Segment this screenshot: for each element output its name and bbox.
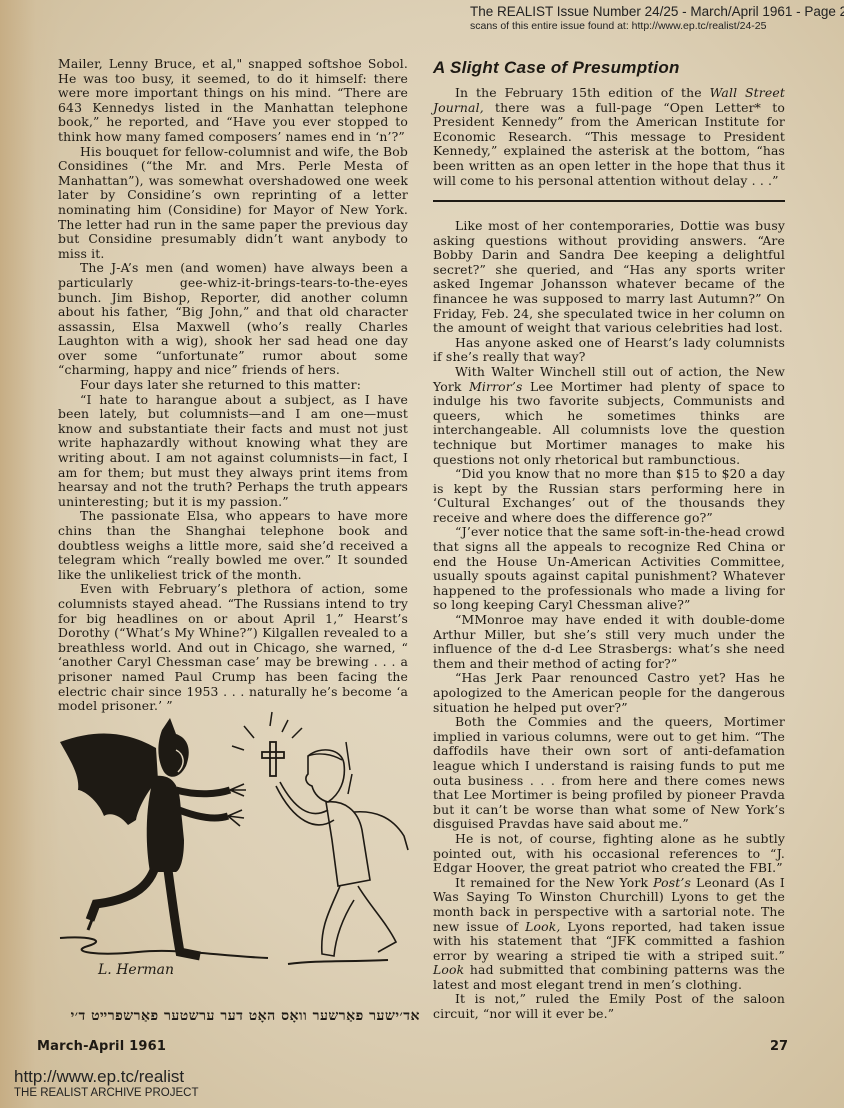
- paragraph: With Walter Winchell still out of action…: [433, 365, 785, 467]
- text-run: It remained for the New York: [455, 875, 653, 890]
- open-letter-box: In the February 15th edition of the Wall…: [433, 86, 785, 188]
- paragraph: Four days later she returned to this mat…: [58, 378, 408, 393]
- archive-header-title: The REALIST Issue Number 24/25 - March/A…: [470, 4, 842, 20]
- paragraph: “I hate to harangue about a subject, as …: [58, 393, 408, 510]
- paragraph: “J’ever notice that the same soft-in-the…: [433, 525, 785, 613]
- devil-and-cross-drawing: [58, 690, 413, 990]
- archive-project-name: THE REALIST ARCHIVE PROJECT: [14, 1086, 198, 1100]
- archive-url[interactable]: http://www.ep.tc/realist: [14, 1067, 198, 1086]
- paragraph: In the February 15th edition of the Wall…: [433, 86, 785, 188]
- artist-signature: L. Herman: [98, 962, 174, 978]
- page-number: 27: [770, 1039, 788, 1054]
- publication-title: Post’s: [653, 875, 691, 890]
- paragraph: The passionate Elsa, who appears to have…: [58, 509, 408, 582]
- publication-title: Look,: [525, 919, 560, 934]
- text-run: there was a full-page “Open Letter* to P…: [433, 100, 785, 188]
- issue-date: March-April 1961: [37, 1039, 166, 1054]
- cartoon-illustration: [58, 690, 413, 990]
- archive-header: The REALIST Issue Number 24/25 - March/A…: [470, 4, 842, 33]
- text-run: In the February 15th edition of the: [455, 85, 710, 100]
- cross-icon: [262, 742, 284, 776]
- paragraph: The J-A’s men (and women) have always be…: [58, 261, 408, 378]
- paragraph: “Did you know that no more than $15 to $…: [433, 467, 785, 525]
- paragraph: “MMonroe may have ended it with double-d…: [433, 613, 785, 671]
- archive-header-link[interactable]: scans of this entire issue found at: htt…: [470, 20, 842, 33]
- paragraph: Both the Commies and the queers, Mortime…: [433, 715, 785, 832]
- article-headline: A Slight Case of Presumption: [433, 58, 793, 78]
- section-divider: [433, 200, 785, 202]
- paragraph: It is not,” ruled the Emily Post of the …: [433, 992, 785, 1021]
- archive-footer: http://www.ep.tc/realist THE REALIST ARC…: [14, 1067, 198, 1100]
- text-run: had submitted that combining patterns wa…: [433, 962, 785, 992]
- publication-title: Look: [433, 962, 464, 977]
- paragraph: Has anyone asked one of Hearst’s lady co…: [433, 336, 785, 365]
- paragraph: “Has Jerk Paar renounced Castro yet? Has…: [433, 671, 785, 715]
- paragraph: He is not, of course, fighting alone as …: [433, 832, 785, 876]
- publication-title: Mirror’s: [469, 379, 522, 394]
- right-column: Like most of her contemporaries, Dottie …: [433, 219, 785, 1022]
- left-column: Mailer, Lenny Bruce, et al," snapped sof…: [58, 57, 408, 714]
- paragraph: Like most of her contemporaries, Dottie …: [433, 219, 785, 336]
- cartoon-caption: אד׳ישער פאַרשער וואָס האָט דער ערשטער פא…: [100, 1008, 420, 1025]
- page-edge-shading: [0, 0, 60, 1108]
- paragraph: Mailer, Lenny Bruce, et al," snapped sof…: [58, 57, 408, 145]
- bat-wing-icon: [60, 733, 158, 825]
- paragraph: His bouquet for fellow-columnist and wif…: [58, 145, 408, 262]
- paragraph: It remained for the New York Post’s Leon…: [433, 876, 785, 993]
